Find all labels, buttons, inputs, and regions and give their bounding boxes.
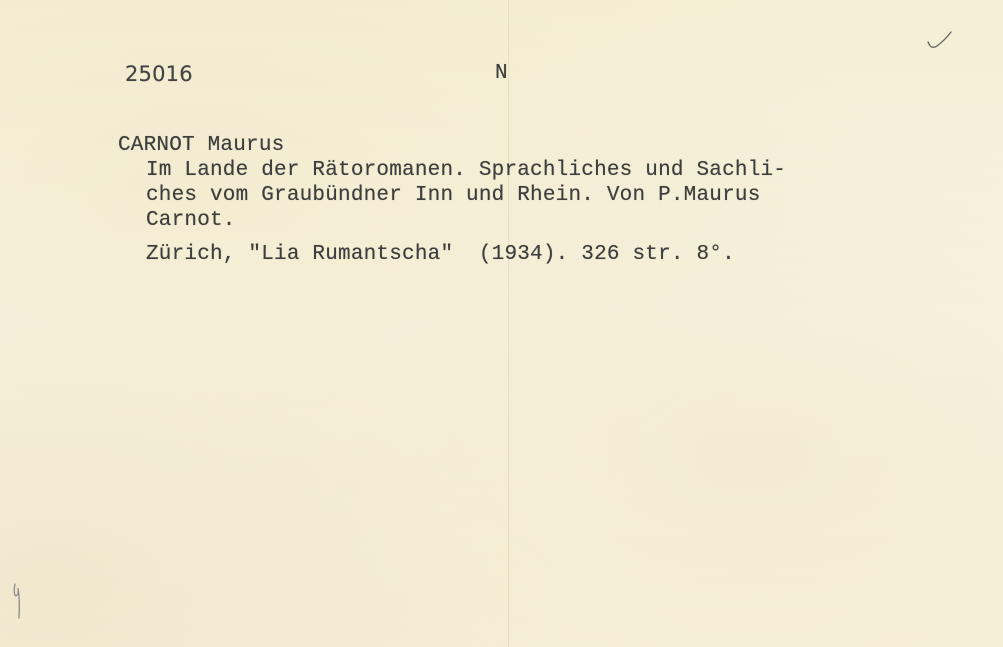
card-fold-line xyxy=(508,0,509,647)
checkmark-icon xyxy=(925,30,953,52)
imprint-line: Zürich, "Lia Rumantscha" (1934). 326 str… xyxy=(146,243,735,266)
collection-mark: N xyxy=(495,62,508,85)
title-line-2: ches vom Graubündner Inn und Rhein. Von … xyxy=(146,184,761,207)
title-line-1: Im Lande der Rätoromanen. Sprachliches u… xyxy=(146,159,786,182)
author-heading: CARNOT Maurus xyxy=(118,134,284,157)
call-number: 25016 xyxy=(125,62,193,86)
pencil-mark-icon xyxy=(10,580,26,620)
catalog-card: 25016 N CARNOT Maurus Im Lande der Rätor… xyxy=(0,0,1003,647)
title-line-3: Carnot. xyxy=(146,209,236,232)
